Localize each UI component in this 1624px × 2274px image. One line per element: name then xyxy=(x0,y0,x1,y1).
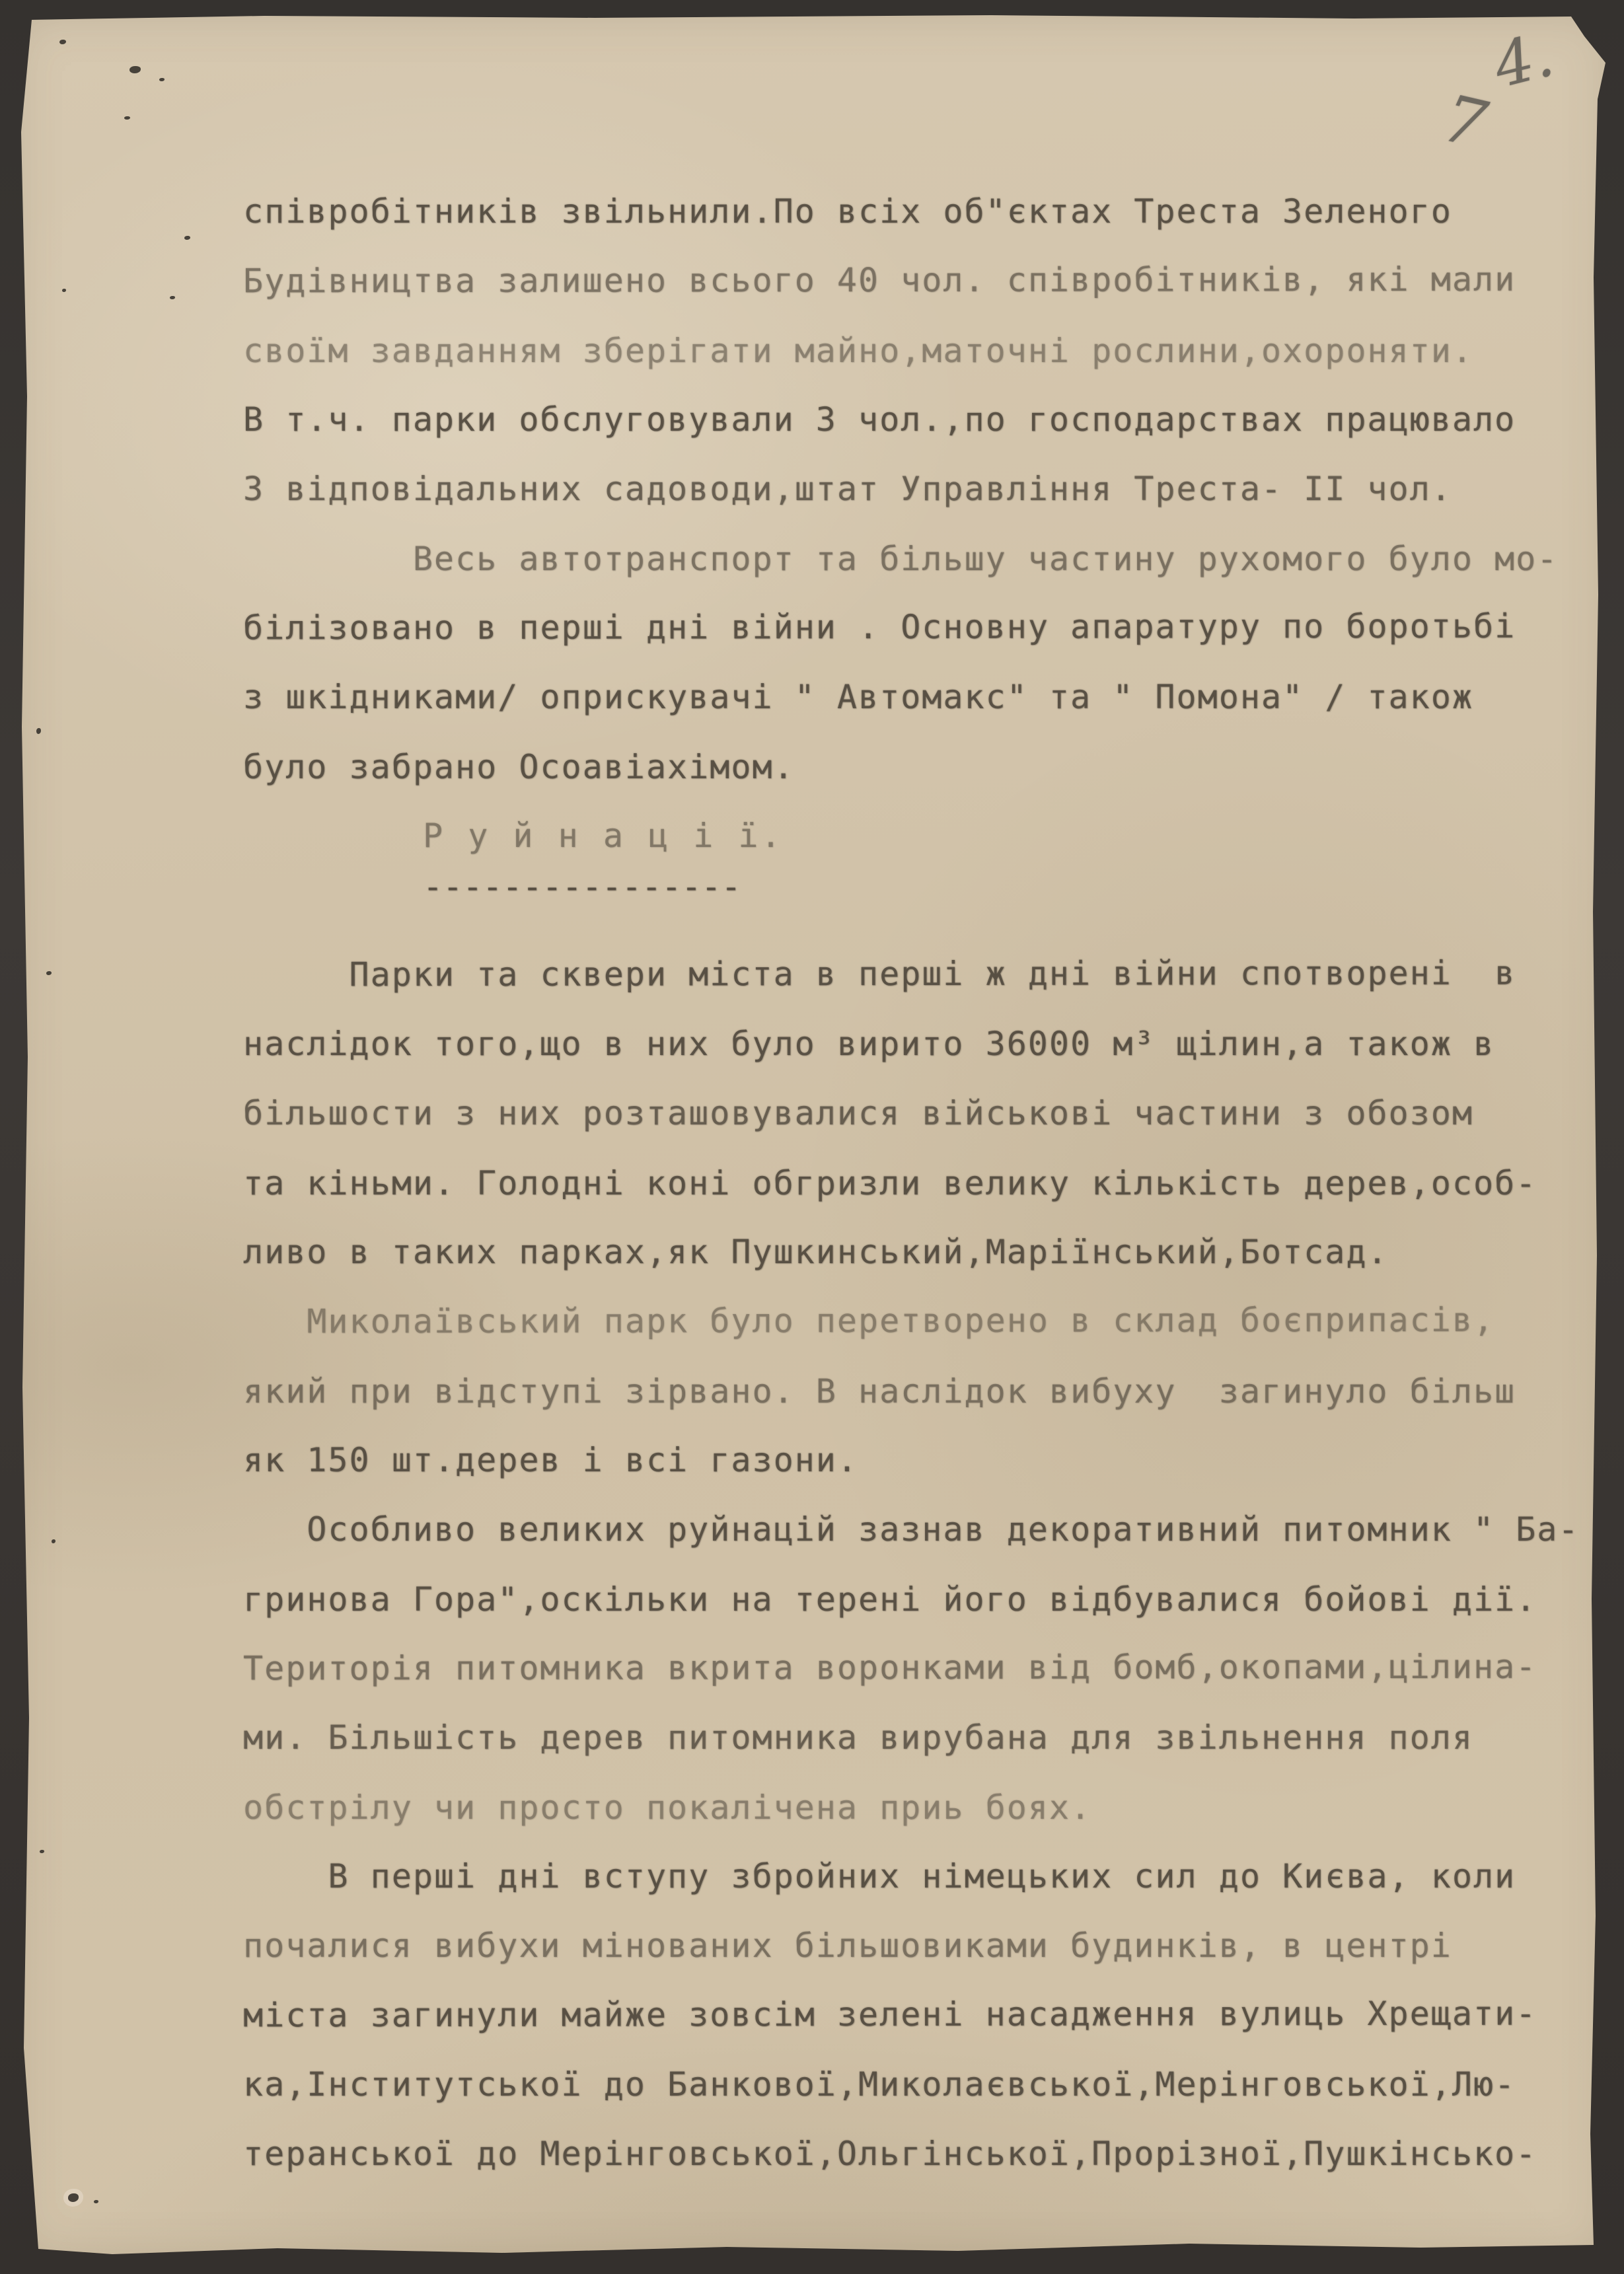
ink-speck xyxy=(68,2193,79,2202)
typed-line: співробітників звільнили.По всіх об"єкта… xyxy=(243,177,1584,246)
typed-line: В т.ч. парки обслуговували 3 чол.,по гос… xyxy=(243,385,1584,455)
ink-speck xyxy=(170,296,175,299)
typed-line: міста загинули майже зовсім зелені насад… xyxy=(243,1979,1584,2051)
typed-line: теранської до Мерінговської,Ольгінської,… xyxy=(243,2119,1584,2189)
typed-line: В перші дні вступу збройних німецьких си… xyxy=(243,1842,1584,1911)
typed-line: Весь автотранспорт та більшу частину рух… xyxy=(243,525,1584,594)
typed-line: білізовано в перші дні війни . Основну а… xyxy=(243,592,1584,663)
typed-line: обстрілу чи просто покалічена приь боях. xyxy=(243,1773,1584,1843)
typed-line: гринова Гора",оскільки на терені його ві… xyxy=(243,1565,1584,1634)
typed-line: почалися вибухи мінованих більшовиками б… xyxy=(243,1911,1584,1981)
typed-line: як 150 шт.дерев і всі газони. xyxy=(243,1426,1584,1495)
ink-speck xyxy=(52,1539,55,1543)
ink-speck xyxy=(124,116,130,120)
ink-speck xyxy=(36,728,41,734)
typed-line: Територія питомника вкрита воронками від… xyxy=(243,1632,1584,1704)
ink-speck xyxy=(184,236,190,240)
scanned-document-photo: співробітників звільнили.По всіх об"єкта… xyxy=(0,0,1624,2274)
typed-line: ка,Інститутської до Банкової,Миколаєвськ… xyxy=(243,2050,1584,2119)
ink-speck xyxy=(62,289,66,292)
heading-underline: ---------------- xyxy=(423,852,1584,922)
ink-speck xyxy=(46,971,52,975)
typewritten-text: співробітників звільнили.По всіх об"єкта… xyxy=(243,177,1584,2189)
typed-line: який при відступі зірвано. В наслідок ви… xyxy=(243,1357,1584,1426)
typed-line: своїм завданням зберігати майно,маточні … xyxy=(243,316,1584,386)
typed-line: ми. Більшість дерев питомника вирубана д… xyxy=(243,1703,1584,1773)
paper-sheet: співробітників звільнили.По всіх об"єкта… xyxy=(0,0,1624,2274)
typed-line: було забрано Осоавіахімом. xyxy=(243,733,1584,802)
typed-line: Парки та сквери міста в перші ж дні війн… xyxy=(243,939,1584,1010)
ink-speck xyxy=(159,78,165,81)
typed-line: Особливо великих руйнацій зазнав декорат… xyxy=(243,1495,1584,1564)
ink-speck xyxy=(59,40,66,44)
ink-speck xyxy=(40,1850,44,1853)
pencil-page-number: 7 xyxy=(1436,81,1493,163)
typed-line: ливо в таких парках,як Пушкинський,Марії… xyxy=(243,1218,1584,1287)
typed-line: Миколаївський парк було перетворено в ск… xyxy=(243,1286,1584,1357)
typed-line: Будівництва залишено всього 40 чол. спів… xyxy=(243,245,1584,316)
typed-line: та кіньми. Голодні коні обгризли велику … xyxy=(243,1149,1584,1218)
ink-speck xyxy=(94,2200,98,2203)
typed-line: 3 відповідальних садоводи,штат Управлінн… xyxy=(243,455,1584,524)
pencil-corner-mark: 4. xyxy=(1487,19,1560,102)
ink-speck xyxy=(129,66,141,73)
typed-line: з шкідниками/ оприскувачі " Автомакс" та… xyxy=(243,663,1584,732)
typed-line: більшости з них розташовувалися військов… xyxy=(243,1079,1584,1148)
typed-line: наслідок того,що в них було вирито 36000… xyxy=(243,1009,1584,1079)
